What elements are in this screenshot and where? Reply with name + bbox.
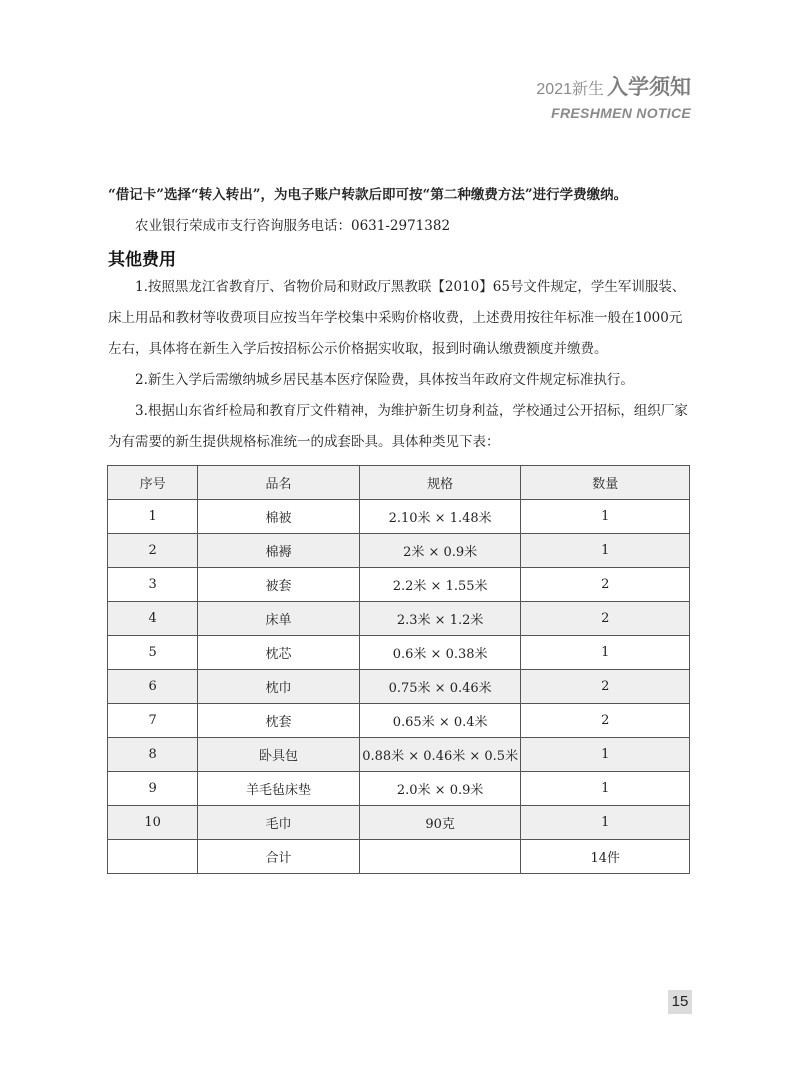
table-row: 8 卧具包 0.88米 × 0.46米 × 0.5米 1 — [108, 738, 690, 772]
cell-name: 羊毛毡床垫 — [198, 772, 360, 806]
page-header: 2021新生入学须知 FRESHMEN NOTICE — [536, 78, 691, 122]
cell-qty: 2 — [521, 602, 690, 636]
cell-index: 1 — [108, 500, 198, 534]
page-number: 15 — [668, 990, 692, 1014]
header-main-title: 入学须知 — [607, 76, 691, 99]
table-row: 2 棉褥 2米 × 0.9米 1 — [108, 534, 690, 568]
cell-name: 棉褥 — [198, 534, 360, 568]
table-header-row: 序号 品名 规格 数量 — [108, 466, 690, 500]
section-item-2: 2.新生入学后需缴纳城乡居民基本医疗保险费，具体按当年政府文件规定标准执行。 — [108, 365, 693, 396]
table-row: 4 床单 2.3米 × 1.2米 2 — [108, 602, 690, 636]
cell-qty: 1 — [521, 772, 690, 806]
cell-spec: 90克 — [359, 806, 521, 840]
cell-qty: 2 — [521, 568, 690, 602]
cell-spec: 2.2米 × 1.55米 — [359, 568, 521, 602]
cell-qty: 2 — [521, 670, 690, 704]
header-cell-qty: 数量 — [521, 466, 690, 500]
cell-name: 被套 — [198, 568, 360, 602]
cell-spec: 2米 × 0.9米 — [359, 534, 521, 568]
cell-index — [108, 840, 198, 874]
cell-index: 7 — [108, 704, 198, 738]
cell-index: 9 — [108, 772, 198, 806]
cell-name: 枕芯 — [198, 636, 360, 670]
cell-spec: 0.65米 × 0.4米 — [359, 704, 521, 738]
section-title: 其他费用 — [108, 245, 176, 270]
cell-qty: 1 — [521, 806, 690, 840]
table-row: 3 被套 2.2米 × 1.55米 2 — [108, 568, 690, 602]
table-row: 5 枕芯 0.6米 × 0.38米 1 — [108, 636, 690, 670]
cell-index: 10 — [108, 806, 198, 840]
cell-name: 卧具包 — [198, 738, 360, 772]
bedding-table: 序号 品名 规格 数量 1 棉被 2.10米 × 1.48米 1 2 棉褥 2米… — [107, 465, 690, 874]
intro-line-2: 农业银行荣成市支行咨询服务电话：0631-2971382 — [108, 211, 693, 242]
cell-total-qty: 14件 — [521, 840, 690, 874]
cell-qty: 1 — [521, 500, 690, 534]
header-title: 2021新生入学须知 — [536, 78, 691, 100]
cell-spec: 0.6米 × 0.38米 — [359, 636, 521, 670]
table-row: 10 毛巾 90克 1 — [108, 806, 690, 840]
cell-spec — [359, 840, 521, 874]
cell-name: 床单 — [198, 602, 360, 636]
cell-index: 4 — [108, 602, 198, 636]
cell-qty: 1 — [521, 534, 690, 568]
table-row: 9 羊毛毡床垫 2.0米 × 0.9米 1 — [108, 772, 690, 806]
cell-total-label: 合计 — [198, 840, 360, 874]
cell-name: 毛巾 — [198, 806, 360, 840]
header-cell-spec: 规格 — [359, 466, 521, 500]
cell-qty: 1 — [521, 636, 690, 670]
intro-line-1: “借记卡”选择“转入转出”，为电子账户转款后即可按“第二种缴费方法”进行学费缴纳… — [108, 180, 693, 211]
cell-index: 2 — [108, 534, 198, 568]
cell-index: 5 — [108, 636, 198, 670]
cell-spec: 0.88米 × 0.46米 × 0.5米 — [359, 738, 521, 772]
cell-qty: 1 — [521, 738, 690, 772]
table-row: 6 枕巾 0.75米 × 0.46米 2 — [108, 670, 690, 704]
cell-name: 棉被 — [198, 500, 360, 534]
cell-spec: 0.75米 × 0.46米 — [359, 670, 521, 704]
header-cell-index: 序号 — [108, 466, 198, 500]
header-year-label: 2021新生 — [536, 81, 604, 98]
cell-index: 8 — [108, 738, 198, 772]
table-row: 1 棉被 2.10米 × 1.48米 1 — [108, 500, 690, 534]
cell-spec: 2.0米 × 0.9米 — [359, 772, 521, 806]
table-total-row: 合计 14件 — [108, 840, 690, 874]
cell-name: 枕巾 — [198, 670, 360, 704]
header-cell-name: 品名 — [198, 466, 360, 500]
cell-spec: 2.10米 × 1.48米 — [359, 500, 521, 534]
cell-qty: 2 — [521, 704, 690, 738]
cell-index: 6 — [108, 670, 198, 704]
section-item-1: 1.按照黑龙江省教育厅、省物价局和财政厅黑教联【2010】65号文件规定，学生军… — [108, 272, 693, 365]
header-subtitle: FRESHMEN NOTICE — [536, 104, 691, 122]
cell-name: 枕套 — [198, 704, 360, 738]
cell-spec: 2.3米 × 1.2米 — [359, 602, 521, 636]
section-item-3: 3.根据山东省纤检局和教育厅文件精神，为维护新生切身利益，学校通过公开招标，组织… — [108, 396, 693, 458]
cell-index: 3 — [108, 568, 198, 602]
table-row: 7 枕套 0.65米 × 0.4米 2 — [108, 704, 690, 738]
